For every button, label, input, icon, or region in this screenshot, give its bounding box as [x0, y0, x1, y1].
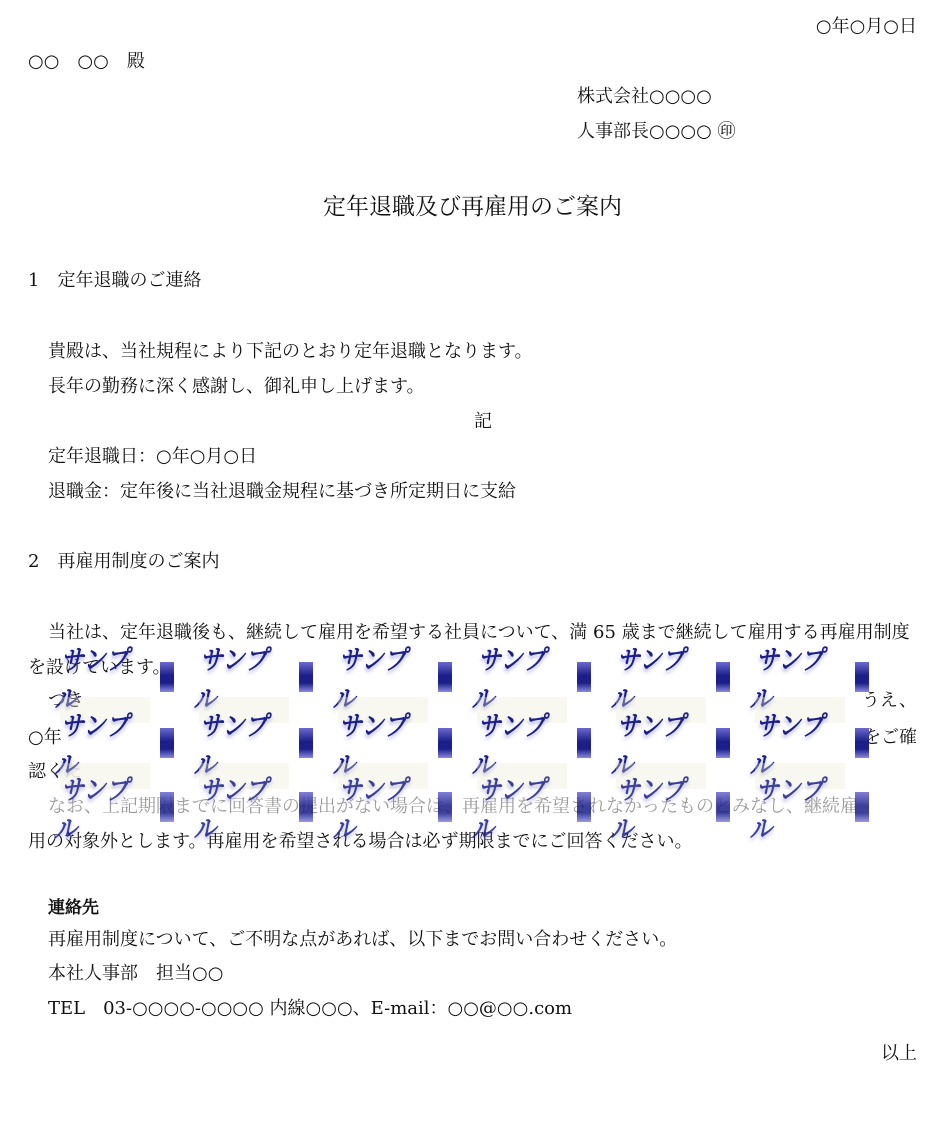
- watermark-block-icon: [160, 728, 174, 758]
- watermark-block-icon: [577, 728, 591, 758]
- section2-paragraph-1-text: 当社は、定年退職後も、継続して雇用を希望する社員について、満 65 歳まで継続し…: [28, 622, 910, 678]
- section2-paragraph-2-line3-faded: た: [64, 761, 82, 782]
- section2-heading: 2 再雇用制度のご案内: [28, 553, 219, 571]
- ki-marker: 記: [474, 413, 492, 431]
- section2-paragraph-3-line2: 用の対象外とします。再雇用を希望される場合は必ず期限までにご回答ください。: [28, 833, 693, 851]
- document-title: 定年退職及び再雇用のご案内: [0, 196, 933, 219]
- retirement-pay-item: 退職金：定年後に当社退職金規程に基づき所定期日に支給: [48, 483, 516, 501]
- recipient-name: ○○ ○○ 殿: [28, 53, 145, 71]
- watermark-text: サンプル: [192, 704, 282, 782]
- watermark-ghost-band: [60, 697, 890, 723]
- watermark-text: サンプル: [748, 704, 838, 782]
- section2-paragraph-2-line2-start: ○年: [28, 729, 62, 747]
- section2-paragraph-2-start: つき: [48, 692, 84, 710]
- section2-paragraph-3-line1-text: なお、上記期限までに回答書の提出がない場合は、再雇用を希望されなかったものとみな…: [48, 796, 858, 817]
- watermark-block-icon: [438, 728, 452, 758]
- retirement-date-item: 定年退職日：○年○月○日: [48, 448, 257, 466]
- contact-line-3: TEL 03-○○○○-○○○○ 内線○○○、E-mail：○○@○○.com: [48, 1000, 572, 1018]
- sender-name: 人事部長○○○○ ㊞: [577, 123, 736, 141]
- contact-line-1: 再雇用制度について、ご不明な点があれば、以下までお問い合わせください。: [48, 931, 677, 949]
- section2-paragraph-3-line1: なお、上記期限までに回答書の提出がない場合は、再雇用を希望されなかったものとみな…: [48, 798, 858, 816]
- contact-heading: 連絡先: [48, 900, 99, 917]
- section1-line-2: 長年の勤務に深く感謝し、御礼申し上げます。: [48, 378, 425, 396]
- sender-company: 株式会社○○○○: [577, 88, 712, 106]
- section1-heading: 1 定年退職のご連絡: [28, 272, 201, 290]
- watermark-ghost-band: [60, 763, 890, 789]
- closing-mark: 以上: [881, 1045, 917, 1063]
- section2-paragraph-2-line2-end: をご確: [863, 729, 917, 747]
- section1-line-1: 貴殿は、当社規程により下記のとおり定年退職となります。: [48, 343, 533, 361]
- watermark-row: サンプル サンプル サンプル サンプル サンプル サンプル: [60, 723, 894, 763]
- watermark-block-icon: [299, 728, 313, 758]
- section2-paragraph-2-line3: 認くた: [28, 763, 82, 781]
- watermark-text: サンプル: [331, 704, 421, 782]
- section2-paragraph-2-line3-start: 認く: [28, 761, 64, 782]
- section2-paragraph-1: 当社は、定年退職後も、継続して雇用を希望する社員について、満 65 歳まで継続し…: [28, 615, 918, 685]
- watermark-text: サンプル: [609, 704, 699, 782]
- watermark-block-icon: [716, 728, 730, 758]
- section2-paragraph-2-end: うえ、: [862, 692, 917, 710]
- document-date: ○年○月○日: [816, 18, 917, 36]
- watermark-text: サンプル: [470, 704, 560, 782]
- contact-line-2: 本社人事部 担当○○: [48, 965, 223, 983]
